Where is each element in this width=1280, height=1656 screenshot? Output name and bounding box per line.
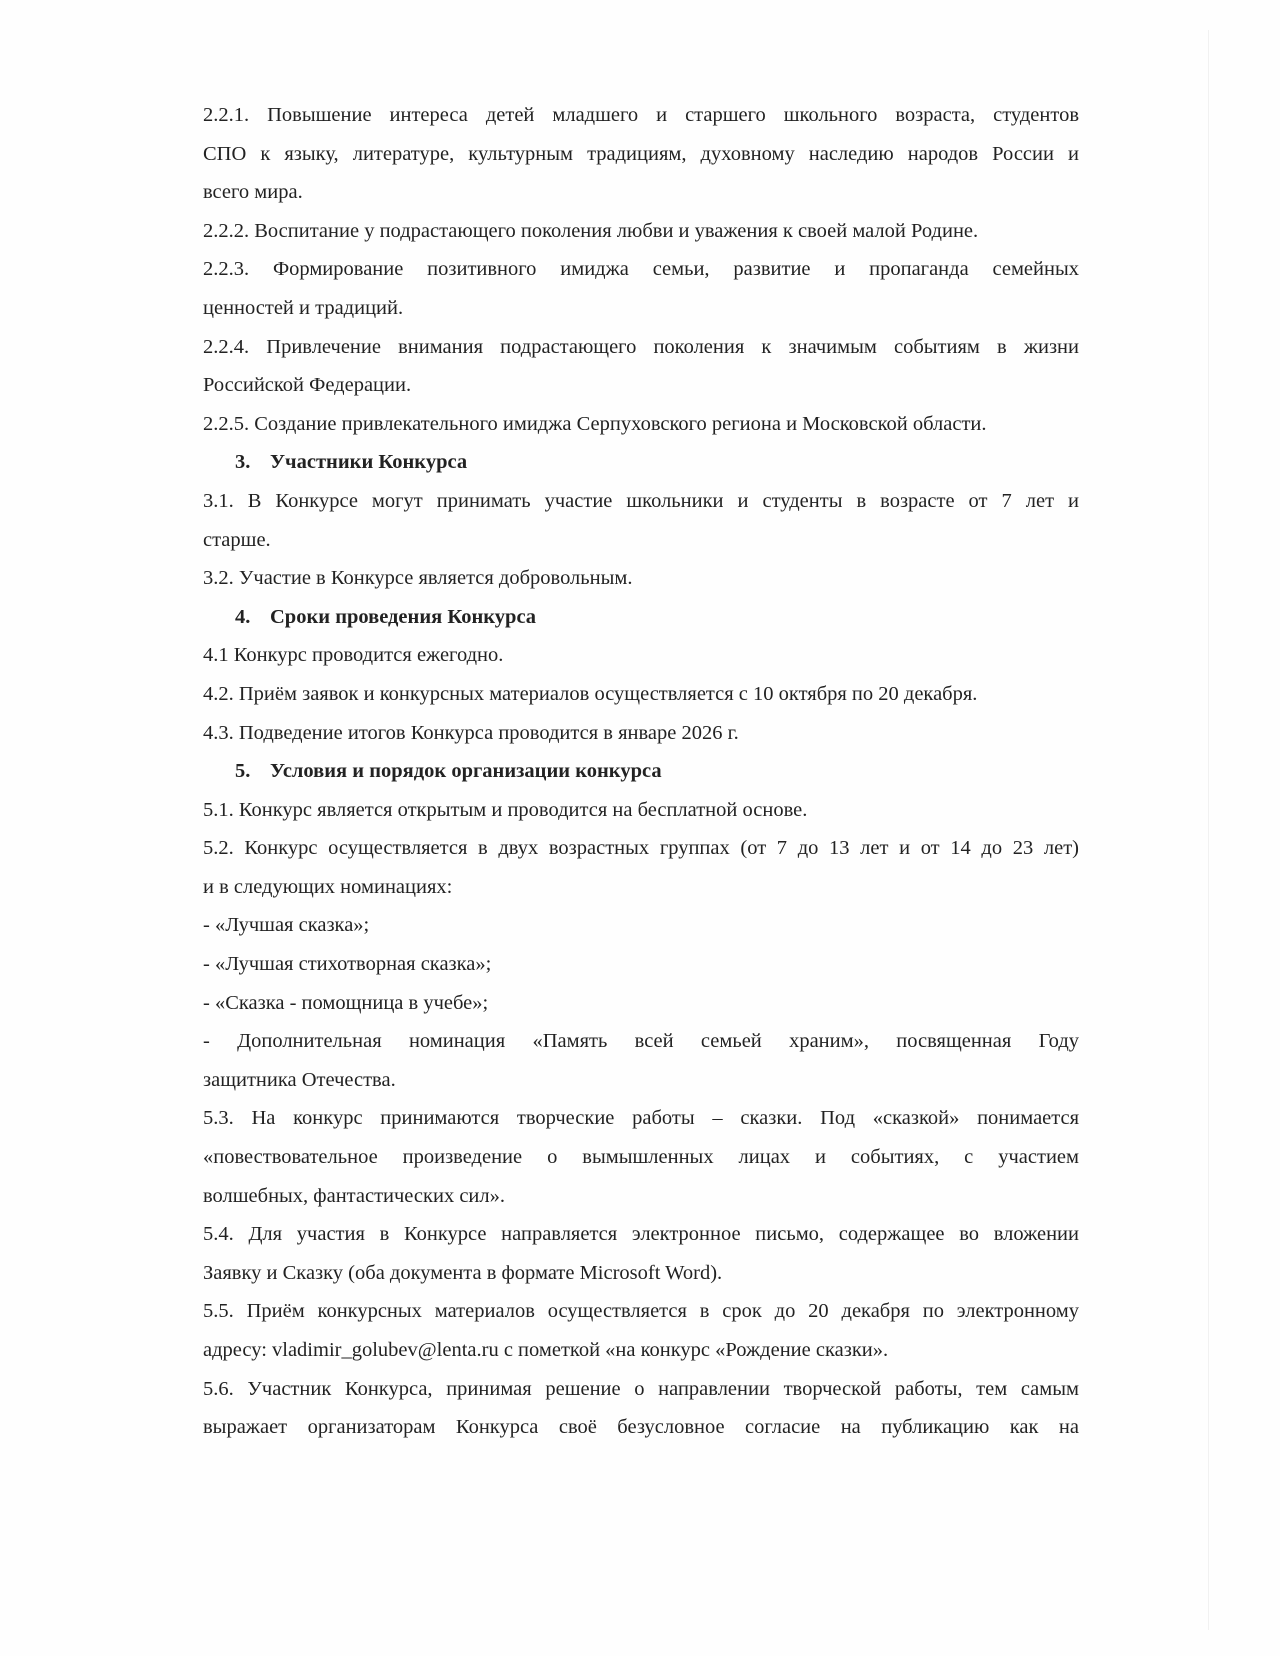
paragraph-line: 5.4. Для участия в Конкурсе направляется… — [203, 1215, 1079, 1254]
paragraph-line: защитника Отечества. — [203, 1061, 1079, 1100]
section-3-participants: 3.Участники Конкурса 3.1. В Конкурсе мог… — [203, 443, 1079, 597]
paragraph-line: 4.1 Конкурс проводится ежегодно. — [203, 636, 1079, 675]
section-4-dates: 4.Сроки проведения Конкурса 4.1 Конкурс … — [203, 598, 1079, 752]
section-number: 4. — [235, 598, 270, 637]
paragraph-line: 2.2.4. Привлечение внимания подрастающег… — [203, 328, 1079, 367]
paragraph-line: «повествовательное произведение о вымышл… — [203, 1138, 1079, 1177]
section-number: 3. — [235, 443, 270, 482]
section-title: Сроки проведения Конкурса — [270, 606, 536, 628]
paragraph-line: Заявку и Сказку (оба документа в формате… — [203, 1254, 1079, 1293]
email-address-line: адресу: vladimir_golubev@lenta.ru с поме… — [203, 1331, 1079, 1370]
section-heading: 5.Условия и порядок организации конкурса — [203, 752, 1079, 791]
paragraph-line: 5.1. Конкурс является открытым и проводи… — [203, 791, 1079, 830]
paragraph-line: СПО к языку, литературе, культурным трад… — [203, 135, 1079, 174]
section-number: 5. — [235, 752, 270, 791]
paragraph-line: старше. — [203, 521, 1079, 560]
paragraph-line: 5.5. Приём конкурсных материалов осущест… — [203, 1292, 1079, 1331]
paragraph-line: 3.2. Участие в Конкурсе является доброво… — [203, 559, 1079, 598]
paragraph-line: 4.3. Подведение итогов Конкурса проводит… — [203, 714, 1079, 753]
paragraph-line: волшебных, фантастических сил». — [203, 1177, 1079, 1216]
paragraph-line: 4.2. Приём заявок и конкурсных материало… — [203, 675, 1079, 714]
section-2-goals-list: 2.2.1. Повышение интереса детей младшего… — [203, 96, 1079, 443]
paragraph-line: ценностей и традиций. — [203, 289, 1079, 328]
document-body: 2.2.1. Повышение интереса детей младшего… — [203, 96, 1079, 1447]
nomination-item: - «Сказка - помощница в учебе»; — [203, 984, 1079, 1023]
section-heading: 4.Сроки проведения Конкурса — [203, 598, 1079, 637]
paragraph-line: 2.2.1. Повышение интереса детей младшего… — [203, 96, 1079, 135]
scan-edge-shadow — [1208, 30, 1209, 1630]
document-page: 2.2.1. Повышение интереса детей младшего… — [0, 0, 1280, 1656]
nomination-item: - «Лучшая сказка»; — [203, 906, 1079, 945]
paragraph-line: и в следующих номинациях: — [203, 868, 1079, 907]
nomination-item: - Дополнительная номинация «Память всей … — [203, 1022, 1079, 1061]
nomination-item: - «Лучшая стихотворная сказка»; — [203, 945, 1079, 984]
paragraph-line: всего мира. — [203, 173, 1079, 212]
paragraph-line: 5.3. На конкурс принимаются творческие р… — [203, 1099, 1079, 1138]
section-title: Условия и порядок организации конкурса — [270, 760, 662, 782]
paragraph-line: 2.2.3. Формирование позитивного имиджа с… — [203, 250, 1079, 289]
paragraph-line: 5.6. Участник Конкурса, принимая решение… — [203, 1370, 1079, 1409]
paragraph-line: 5.2. Конкурс осуществляется в двух возра… — [203, 829, 1079, 868]
paragraph-line: 2.2.2. Воспитание у подрастающего поколе… — [203, 212, 1079, 251]
paragraph-line: выражает организаторам Конкурса своё без… — [203, 1408, 1079, 1447]
section-5-conditions: 5.Условия и порядок организации конкурса… — [203, 752, 1079, 1447]
section-heading: 3.Участники Конкурса — [203, 443, 1079, 482]
paragraph-line: Российской Федерации. — [203, 366, 1079, 405]
paragraph-line: 3.1. В Конкурсе могут принимать участие … — [203, 482, 1079, 521]
paragraph-line: 2.2.5. Создание привлекательного имиджа … — [203, 405, 1079, 444]
section-title: Участники Конкурса — [270, 451, 467, 473]
